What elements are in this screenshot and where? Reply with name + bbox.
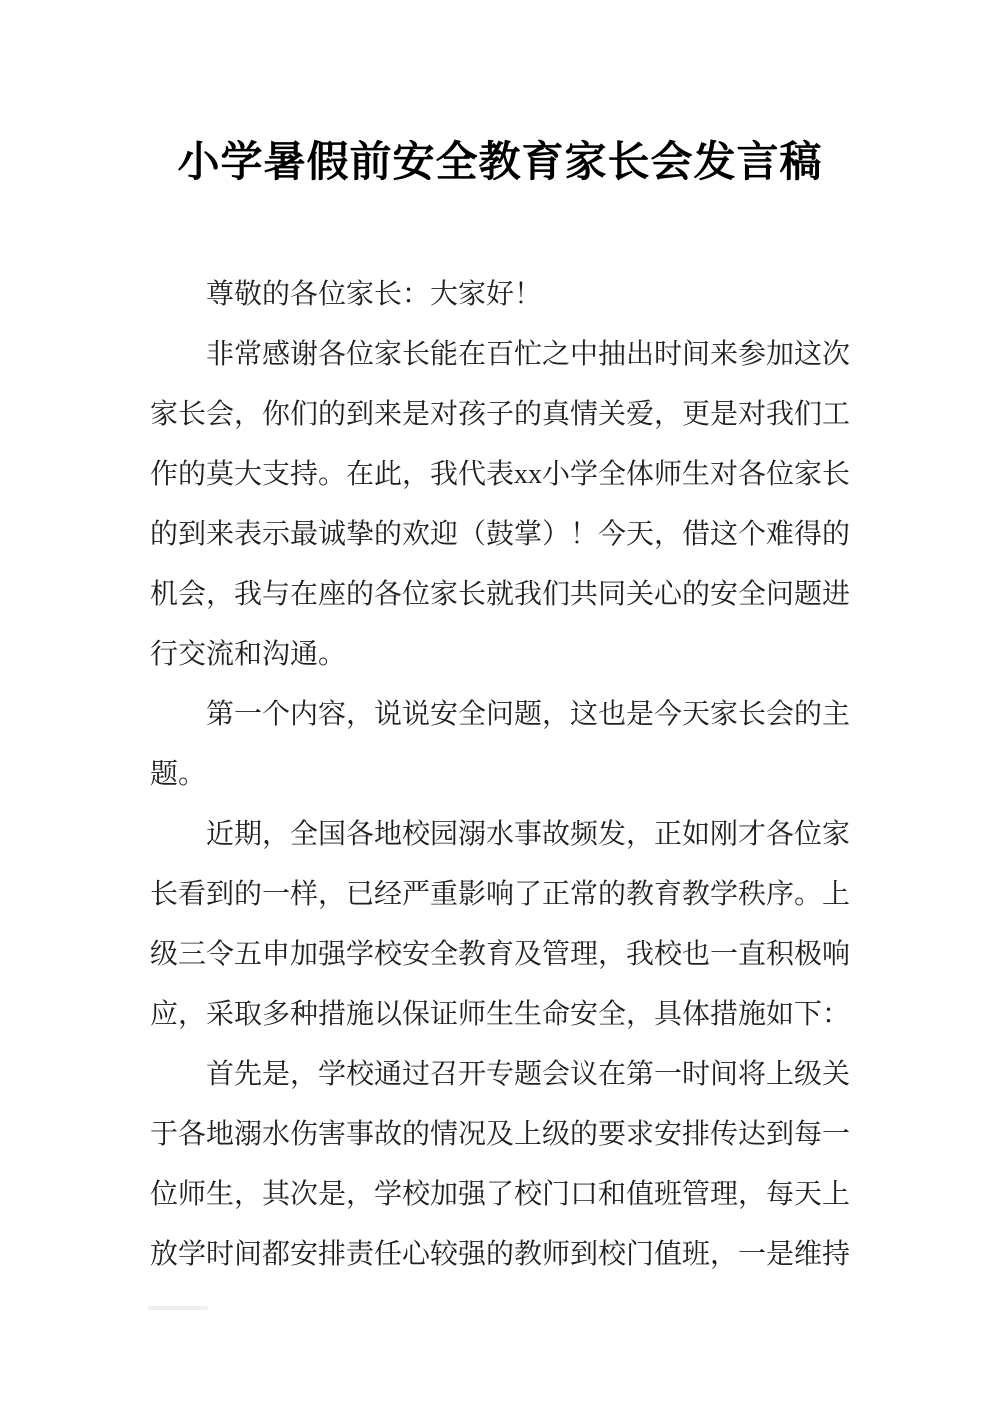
body-line: 级三令五申加强学校安全教育及管理，我校也一直积极响 bbox=[150, 925, 850, 985]
body-line: 的到来表示最诚挚的欢迎（鼓掌）！今天，借这个难得的 bbox=[150, 505, 850, 565]
faint-page-artifact bbox=[148, 1306, 208, 1310]
body-line: 近期，全国各地校园溺水事故频发，正如刚才各位家 bbox=[150, 805, 850, 865]
body-line: 作的莫大支持。在此，我代表xx小学全体师生对各位家长 bbox=[150, 445, 850, 505]
body-line: 尊敬的各位家长：大家好！ bbox=[150, 265, 850, 325]
body-line: 长看到的一样，已经严重影响了正常的教育教学秩序。上 bbox=[150, 865, 850, 925]
body-line: 非常感谢各位家长能在百忙之中抽出时间来参加这次 bbox=[150, 325, 850, 385]
body-line: 题。 bbox=[150, 745, 850, 805]
document-page: 小学暑假前安全教育家长会发言稿 尊敬的各位家长：大家好！ 非常感谢各位家长能在百… bbox=[0, 0, 1000, 1415]
body-line: 行交流和沟通。 bbox=[150, 625, 850, 685]
body-line: 于各地溺水伤害事故的情况及上级的要求安排传达到每一 bbox=[150, 1105, 850, 1165]
body-line: 家长会，你们的到来是对孩子的真情关爱，更是对我们工 bbox=[150, 385, 850, 445]
body-line: 放学时间都安排责任心较强的教师到校门值班，一是维持 bbox=[150, 1225, 850, 1285]
body-line: 机会，我与在座的各位家长就我们共同关心的安全问题进 bbox=[150, 565, 850, 625]
document-body: 尊敬的各位家长：大家好！ 非常感谢各位家长能在百忙之中抽出时间来参加这次 家长会… bbox=[150, 265, 850, 1285]
document-title: 小学暑假前安全教育家长会发言稿 bbox=[0, 128, 1000, 198]
title-block: 小学暑假前安全教育家长会发言稿 bbox=[0, 0, 1000, 198]
body-line: 第一个内容，说说安全问题，这也是今天家长会的主 bbox=[150, 685, 850, 745]
body-line: 首先是，学校通过召开专题会议在第一时间将上级关 bbox=[150, 1045, 850, 1105]
body-line: 应，采取多种措施以保证师生生命安全，具体措施如下： bbox=[150, 985, 850, 1045]
body-line: 位师生，其次是，学校加强了校门口和值班管理，每天上 bbox=[150, 1165, 850, 1225]
